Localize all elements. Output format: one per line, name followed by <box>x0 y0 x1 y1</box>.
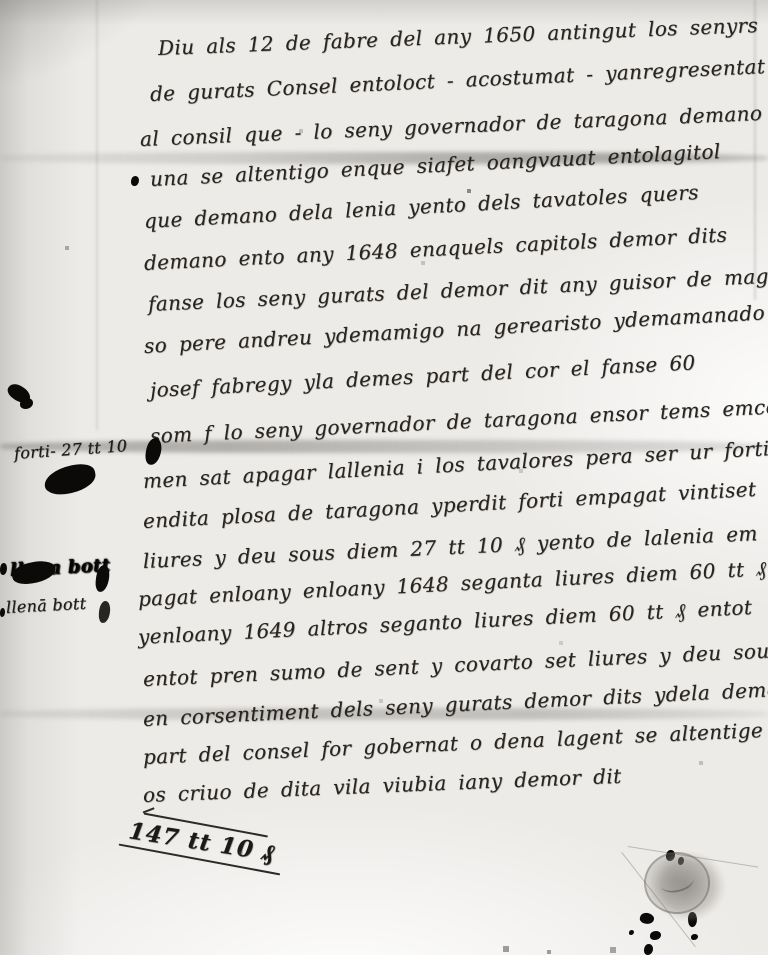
manuscript-line: de gurats Consel entoloct - acostumat - … <box>149 54 765 106</box>
manuscript-line: os criuo de dita vila viubia iany demor … <box>143 764 622 807</box>
wax-seal-icon <box>612 832 752 950</box>
manuscript-line: que demano dela lenia yento dels tavatol… <box>143 180 699 233</box>
margin-note: forti- 27 tt 10 <box>13 436 128 463</box>
ink-blot <box>131 176 139 186</box>
ink-blot <box>42 461 98 498</box>
total-annotation: 147 tt 10 ₰ <box>124 812 296 875</box>
manuscript-line: Diu als 12 de fabre del any 1650 antingu… <box>158 13 759 60</box>
crease-vertical-left <box>96 0 98 430</box>
margin-note: llenā bott <box>6 594 87 617</box>
ink-blot <box>20 398 33 409</box>
ink-blot <box>98 601 111 624</box>
manuscript-page: Diu als 12 de fabre del any 1650 antingu… <box>0 0 768 955</box>
ink-blot <box>0 563 7 575</box>
paper-speckles <box>0 0 2 2</box>
crease-vertical-right <box>754 0 756 300</box>
manuscript-line: josef fabregy yla demes part del cor el … <box>149 350 696 402</box>
ink-blot <box>0 608 5 617</box>
manuscript-line: demano ento any 1648 enaquels capitols d… <box>143 222 727 274</box>
